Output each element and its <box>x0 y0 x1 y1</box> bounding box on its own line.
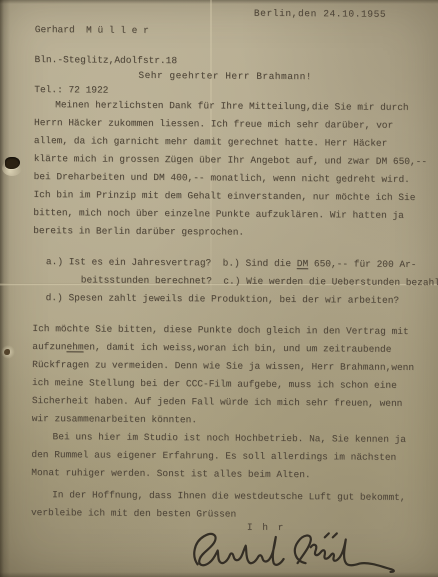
signature-stroke-last-name <box>295 535 394 571</box>
paragraph: Meinen herzlichsten Dank für Ihre Mittei… <box>33 96 434 243</box>
paragraph: In der Hoffnung, dass Ihnen die westdeut… <box>31 486 431 525</box>
sender-phone: Tel.: 72 1922 <box>34 85 177 96</box>
sender-address: Bln.-Steglitz,Adolfstr.18 <box>34 55 177 66</box>
signature-umlaut-dots <box>325 533 337 537</box>
letter-line: Monat ruhiger werden. Sonst ist alles be… <box>31 464 431 485</box>
signature-stroke-first-name <box>194 534 284 566</box>
letter-line: bereits in Berlin darüber gesprochen. <box>33 222 433 243</box>
salutation: Sehr geehrter Herr Brahmann! <box>138 70 312 82</box>
paragraph: Bei uns hier im Studio ist noch Hochbetr… <box>31 428 431 485</box>
handwritten-signature <box>187 524 401 577</box>
letter-content: Gerhard M ü l l e r Bln.-Steglitz,Adolfs… <box>0 0 438 577</box>
letter-body: Meinen herzlichsten Dank für Ihre Mittei… <box>31 96 434 525</box>
letter-line: d.) Spesen zahlt jeweils die Produktion,… <box>46 289 433 310</box>
letter-page: Gerhard M ü l l e r Bln.-Steglitz,Adolfs… <box>0 0 438 577</box>
sender-name: Gerhard M ü l l e r <box>35 25 178 36</box>
dateline: Berlin,den 24.10.1955 <box>254 8 386 20</box>
paragraph: a.) Ist es ein Jahresvertrag? b.) Sind d… <box>33 253 433 310</box>
letter-line: verbleibe ich mit den besten Grüssen <box>31 504 431 525</box>
paragraph: Ich möchte Sie bitten, diese Punkte doch… <box>32 320 433 431</box>
